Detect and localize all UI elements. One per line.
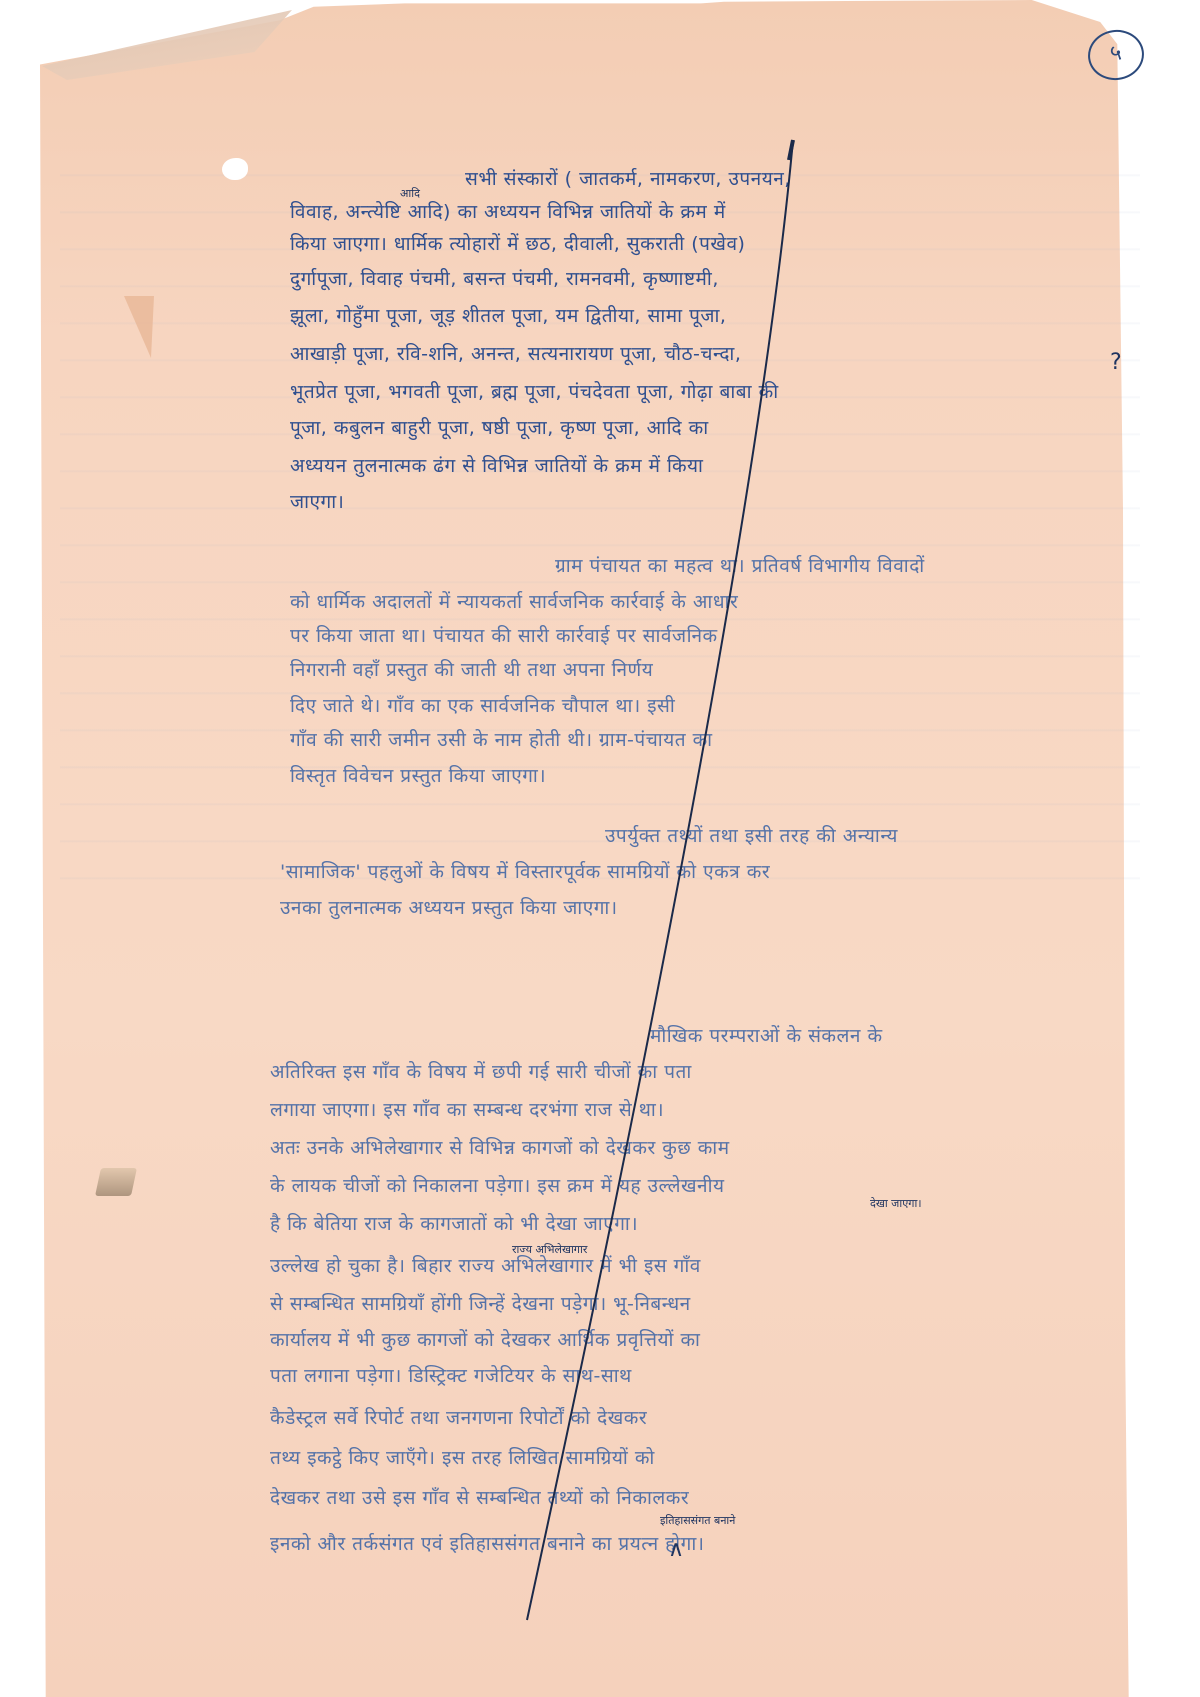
- p1-line-10: जाएगा।: [290, 488, 344, 514]
- p1-line-9: अध्ययन तुलनात्मक ढंग से विभिन्न जातियों …: [290, 452, 703, 478]
- p4-line-12: तथ्य इकट्ठे किए जाएँगे। इस तरह लिखित साम…: [270, 1444, 655, 1470]
- p3-line-3: उनका तुलनात्मक अध्ययन प्रस्तुत किया जाएग…: [280, 894, 618, 920]
- punch-hole: [222, 158, 248, 180]
- p1-line-1: सभी संस्कारों ( जातकर्म, नामकरण, उपनयन,: [465, 165, 791, 191]
- p4-line-11: कैडेस्ट्रल सर्वे रिपोर्ट तथा जनगणना रिपो…: [270, 1404, 647, 1430]
- p4-line-1: मौखिक परम्पराओं के संकलन के: [650, 1022, 883, 1048]
- p2-line-2: को धार्मिक अदालतों में न्यायकर्ता सार्वज…: [290, 588, 738, 614]
- p1-insertion-aadi: आदि: [400, 186, 420, 201]
- p1-line-4: दुर्गापूजा, विवाह पंचमी, बसन्त पंचमी, रा…: [290, 265, 719, 291]
- p4-line-5: के लायक चीजों को निकालना पड़ेगा। इस क्रम…: [270, 1172, 725, 1198]
- p4-line-3: लगाया जाएगा। इस गाँव का सम्बन्ध दरभंगा र…: [270, 1096, 664, 1122]
- p1-line-2: विवाह, अन्त्येष्टि आदि) का अध्ययन विभिन्…: [290, 198, 726, 224]
- p2-line-1: ग्राम पंचायत का महत्व था। प्रतिवर्ष विभा…: [555, 552, 925, 578]
- paper-debris: [95, 1168, 137, 1196]
- p2-line-7: विस्तृत विवेचन प्रस्तुत किया जाएगा।: [290, 762, 546, 788]
- p4-insertion-dekha-jayega: देखा जाएगा।: [870, 1196, 922, 1211]
- margin-question-mark: ?: [1110, 350, 1122, 375]
- p2-line-6: गाँव की सारी जमीन उसी के नाम होती थी। ग्…: [290, 726, 713, 752]
- p4-insertion-rajya-abhilekhagar: राज्य अभिलेखागार: [512, 1242, 587, 1257]
- p4-line-7: उल्लेख हो चुका है। बिहार राज्य अभिलेखागा…: [270, 1252, 701, 1278]
- p1-line-3: किया जाएगा। धार्मिक त्योहारों में छठ, दी…: [290, 230, 745, 256]
- p4-line-13: देखकर तथा उसे इस गाँव से सम्बन्धित तथ्यो…: [270, 1484, 689, 1510]
- p3-line-2: 'सामाजिक' पहलुओं के विषय में विस्तारपूर्…: [280, 858, 770, 884]
- p1-line-6: आखाड़ी पूजा, रवि-शनि, अनन्त, सत्यनारायण …: [290, 340, 741, 366]
- p2-line-3: पर किया जाता था। पंचायत की सारी कार्रवाई…: [290, 622, 718, 648]
- p4-line-8: से सम्बन्धित सामग्रियाँ होंगी जिन्हें दे…: [270, 1290, 691, 1316]
- p4-line-9: कार्यालय में भी कुछ कागजों को देखकर आर्थ…: [270, 1326, 700, 1352]
- p2-line-5: दिए जाते थे। गाँव का एक सार्वजनिक चौपाल …: [290, 692, 675, 718]
- p4-line-14: इनको और तर्कसंगत एवं इतिहाससंगत बनाने का…: [270, 1530, 705, 1556]
- p4-line-6: है कि बेतिया राज के कागजातों को भी देखा …: [270, 1210, 638, 1236]
- p1-line-5: झूला, गोहुँमा पूजा, जूड़ शीतल पूजा, यम द…: [290, 302, 726, 328]
- p1-line-8: पूजा, कबुलन बाहुरी पूजा, षष्ठी पूजा, कृष…: [290, 414, 709, 440]
- p1-line-7: भूतप्रेत पूजा, भगवती पूजा, ब्रह्म पूजा, …: [290, 378, 779, 404]
- p3-line-1: उपर्युक्त तथ्यों तथा इसी तरह की अन्यान्य: [605, 822, 898, 848]
- insertion-caret: ∧: [668, 1537, 684, 1562]
- p4-insertion-itihassangat: इतिहाससंगत बनाने: [660, 1513, 735, 1528]
- p4-line-2: अतिरिक्त इस गाँव के विषय में छपी गई सारी…: [270, 1058, 692, 1084]
- p4-line-4: अतः उनके अभिलेखागार से विभिन्न कागजों को…: [270, 1134, 730, 1160]
- p4-line-10: पता लगाना पड़ेगा। डिस्ट्रिक्ट गजेटियर के…: [270, 1362, 632, 1388]
- p2-line-4: निगरानी वहाँ प्रस्तुत की जाती थी तथा अपन…: [290, 656, 653, 682]
- manuscript-page: ५ सभी संस्कारों ( जातकर्म, नामकरण, उपनयन…: [0, 0, 1200, 1697]
